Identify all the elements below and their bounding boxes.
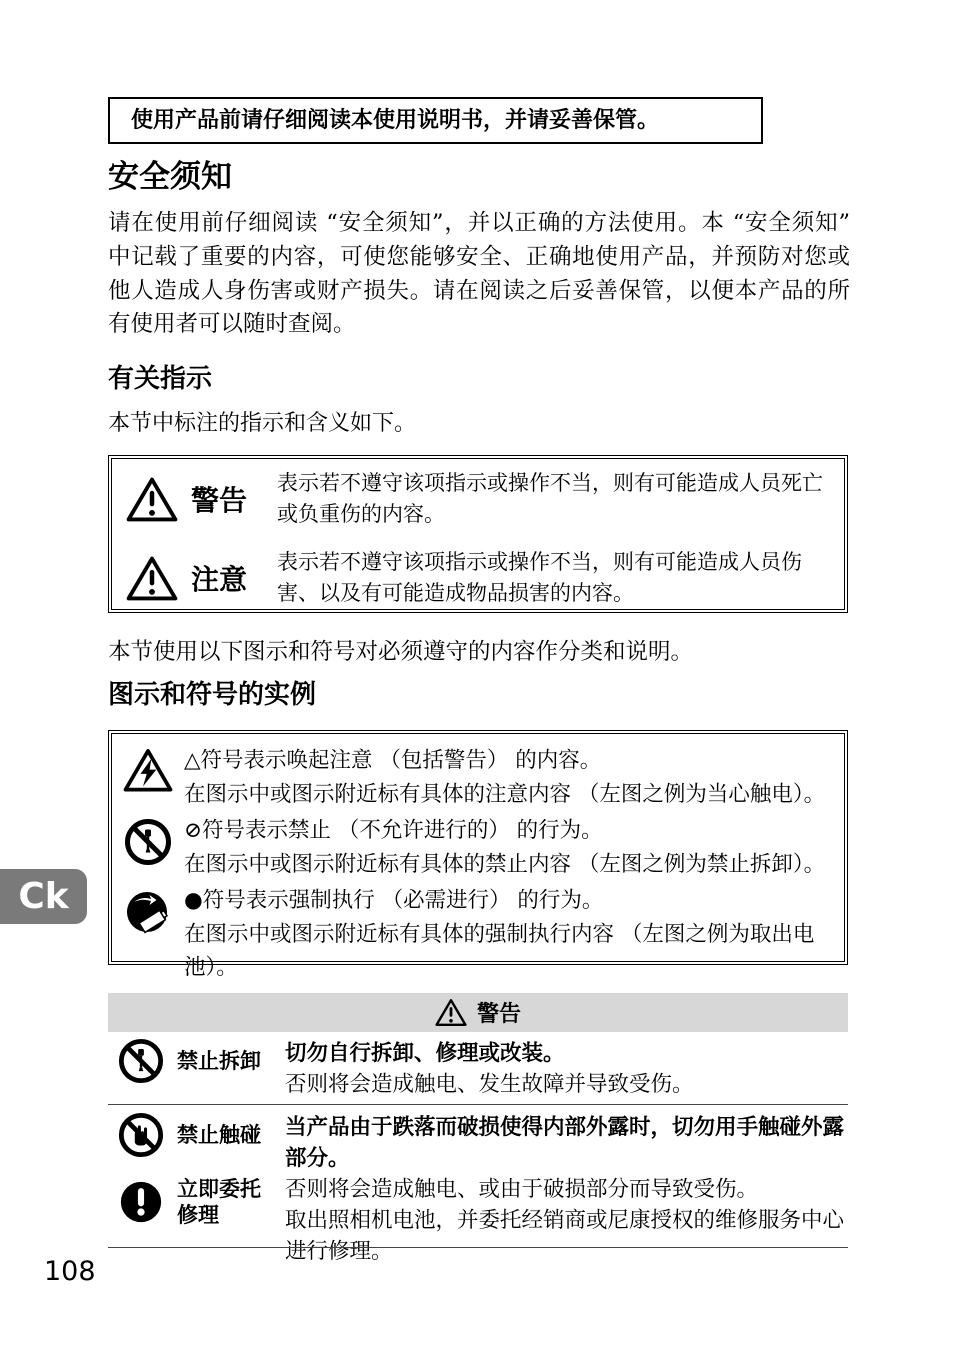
read-before-use-notice: 使用产品前请仔细阅读本使用说明书，并请妥善保管。 (108, 97, 763, 144)
mandatory-action-icon (118, 1179, 164, 1225)
symbol-description: ⊘符号表示禁止 （不允许进行的） 的行为。 在图示中或图示附近标有具体的禁止内容… (184, 814, 844, 881)
list-item: ●符号表示强制执行 （必需进行） 的行为。 在图示中或图示附近标有具体的强制执行… (112, 884, 844, 985)
indications-table-inner: 警告 表示若不遵守该项指示或操作不当，则有可能造成人员死亡或负重伤的内容。 (111, 458, 845, 610)
indications-lead: 本节中标注的指示和含义如下。 (108, 406, 416, 437)
symbol-line: △符号表示唤起注意 （包括警告） 的内容。 (184, 744, 838, 778)
warning-row-left: 禁止拆卸 (108, 1038, 285, 1100)
symbol-line: ⊘符号表示禁止 （不允许进行的） 的行为。 (184, 814, 838, 848)
warning-row-label: 立即委托修理 (177, 1176, 269, 1228)
warning-normal-text: 取出照相机电池，并委托经销商或尼康授权的维修服务中心进行修理。 (285, 1205, 844, 1267)
warning-row-description: 当产品由于跌落而破损使得内部外露时，切勿用手触碰外露部分。 否则将会造成触电、或… (285, 1112, 848, 1267)
warning-triangle-icon (435, 998, 467, 1027)
warning-row-label: 禁止触碰 (177, 1122, 269, 1148)
symbol-icon-cell (112, 744, 184, 793)
symbol-description: △符号表示唤起注意 （包括警告） 的内容。 在图示中或图示附近标有具体的注意内容… (184, 744, 844, 811)
indication-label: 警告 (191, 479, 247, 519)
list-item: ⊘符号表示禁止 （不允许进行的） 的行为。 在图示中或图示附近标有具体的禁止内容… (112, 814, 844, 881)
language-tab-ck: Ck (0, 869, 87, 924)
manual-page: 使用产品前请仔细阅读本使用说明书，并请妥善保管。 安全须知 请在使用前仔细阅读 … (0, 0, 954, 1345)
symbols-table: △符号表示唤起注意 （包括警告） 的内容。 在图示中或图示附近标有具体的注意内容… (108, 730, 848, 965)
indication-description: 表示若不遵守该项指示或操作不当，则有可能造成人员死亡或负重伤的内容。 (277, 468, 844, 530)
table-row: 警告 表示若不遵守该项指示或操作不当，则有可能造成人员死亡或负重伤的内容。 (112, 459, 844, 538)
row-divider (108, 1104, 848, 1105)
symbol-icon-cell (112, 884, 184, 936)
warning-triangle-icon (126, 476, 178, 523)
indications-table: 警告 表示若不遵守该项指示或操作不当，则有可能造成人员死亡或负重伤的内容。 (108, 455, 848, 613)
safety-intro-paragraph: 请在使用前仔细阅读 “安全须知”，并以正确的方法使用。本 “安全须知” 中记载了… (108, 207, 850, 342)
symbols-table-inner: △符号表示唤起注意 （包括警告） 的内容。 在图示中或图示附近标有具体的注意内容… (111, 733, 845, 962)
warning-row-description: 切勿自行拆卸、修理或改装。 否则将会造成触电、发生故障并导致受伤。 (285, 1038, 848, 1100)
electric-shock-triangle-icon (123, 748, 173, 793)
no-disassembly-icon (124, 818, 172, 866)
table-bottom-divider (108, 1247, 848, 1248)
indication-icon-cell: 注意 (112, 555, 277, 602)
warning-header-label: 警告 (477, 997, 521, 1028)
remove-battery-icon (124, 888, 172, 936)
symbol-line: 在图示中或图示附近标有具体的强制执行内容 （左图之例为取出电池）。 (184, 918, 838, 985)
symbol-line: ●符号表示强制执行 （必需进行） 的行为。 (184, 884, 838, 918)
no-touch-icon (118, 1112, 164, 1158)
symbols-lead: 本节使用以下图示和符号对必须遵守的内容作分类和说明。 (108, 634, 693, 666)
warning-header-bar: 警告 (108, 993, 848, 1032)
warning-icon-group: 禁止触碰 (118, 1112, 285, 1158)
no-disassembly-icon (118, 1038, 164, 1084)
symbol-icon-cell (112, 814, 184, 866)
indication-label: 注意 (191, 558, 247, 598)
list-item: △符号表示唤起注意 （包括警告） 的内容。 在图示中或图示附近标有具体的注意内容… (112, 744, 844, 811)
table-row: 禁止拆卸 切勿自行拆卸、修理或改装。 否则将会造成触电、发生故障并导致受伤。 (108, 1038, 848, 1100)
page-content: 使用产品前请仔细阅读本使用说明书，并请妥善保管。 安全须知 请在使用前仔细阅读 … (108, 0, 848, 1345)
warning-row-left: 禁止触碰 立即委托修理 (108, 1112, 285, 1267)
page-title: 安全须知 (108, 159, 232, 195)
table-row: 注意 表示若不遵守该项指示或操作不当，则有可能造成人员伤害、以及有可能造成物品损… (112, 538, 844, 617)
table-row: 禁止触碰 立即委托修理 当产品由于跌落而破损使得内部外露时，切勿用手触碰外露部分… (108, 1112, 848, 1267)
symbols-heading: 图示和符号的实例 (108, 680, 316, 710)
warning-icon-group: 立即委托修理 (118, 1176, 285, 1228)
indications-heading: 有关指示 (108, 364, 212, 394)
page-number: 108 (44, 1256, 96, 1287)
indication-description: 表示若不遵守该项指示或操作不当，则有可能造成人员伤害、以及有可能造成物品损害的内… (277, 547, 844, 609)
warning-row-label: 禁止拆卸 (177, 1048, 269, 1074)
symbol-description: ●符号表示强制执行 （必需进行） 的行为。 在图示中或图示附近标有具体的强制执行… (184, 884, 844, 985)
symbol-line: 在图示中或图示附近标有具体的注意内容 （左图之例为当心触电）。 (184, 778, 838, 812)
indication-icon-cell: 警告 (112, 476, 277, 523)
warning-triangle-icon (126, 555, 178, 602)
warning-bold-text: 当产品由于跌落而破损使得内部外露时，切勿用手触碰外露部分。 (285, 1112, 844, 1174)
symbol-line: 在图示中或图示附近标有具体的禁止内容 （左图之例为禁止拆卸）。 (184, 848, 838, 882)
warning-normal-text: 否则将会造成触电、发生故障并导致受伤。 (285, 1069, 844, 1100)
warning-bold-text: 切勿自行拆卸、修理或改装。 (285, 1038, 844, 1069)
warning-normal-text: 否则将会造成触电、或由于破损部分而导致受伤。 (285, 1174, 844, 1205)
warning-icon-group: 禁止拆卸 (118, 1038, 285, 1084)
